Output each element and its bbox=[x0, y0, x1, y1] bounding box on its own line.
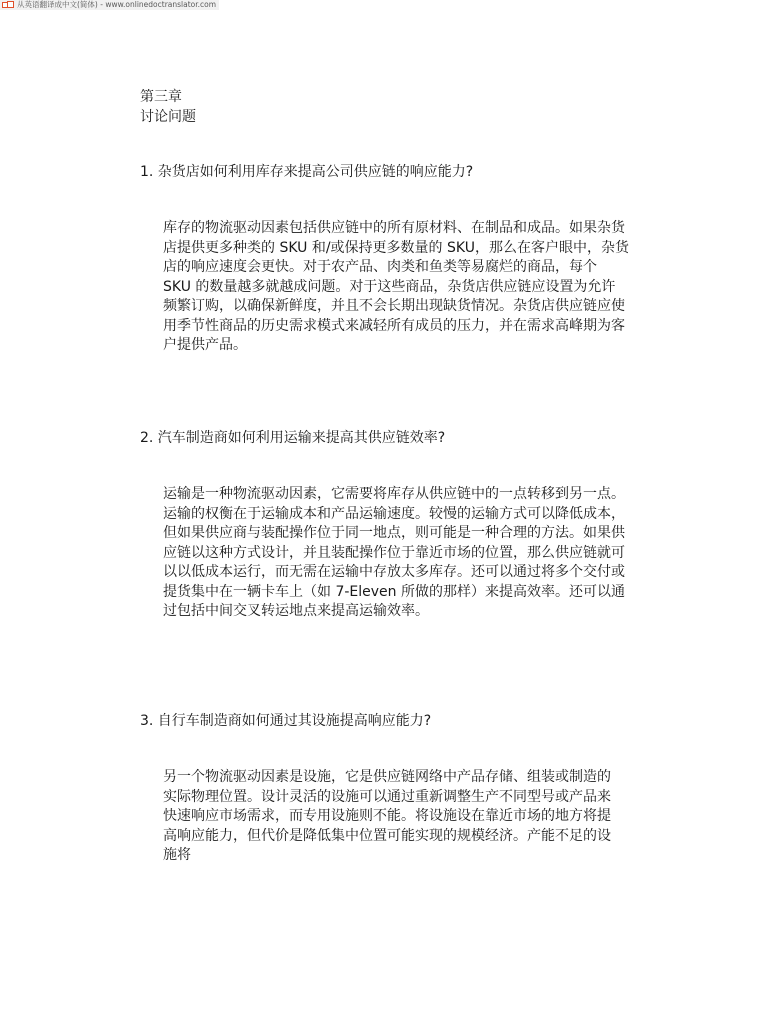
answer-3: 另一个物流驱动因素是设施，它是供应链网络中产品存储、组装或制造的 实际物理位置。… bbox=[163, 768, 611, 866]
answer-line: 快速响应市场需求，而专用设施则不能。将设施设在靠近市场的地方将提 bbox=[163, 807, 611, 827]
answer-2: 运输是一种物流驱动因素，它需要将库存从供应链中的一点转移到另一点。 运输的权衡在… bbox=[163, 485, 625, 622]
answer-line: 提货集中在一辆卡车上（如 7-Eleven 所做的那样）来提高效率。还可以通 bbox=[163, 583, 625, 603]
document-page: 第三章 讨论问题 1. 杂货店如何利用库存来提高公司供应链的响应能力? 库存的物… bbox=[0, 0, 768, 1024]
answer-line: 店的响应速度会更快。对于农产品、肉类和鱼类等易腐烂的商品，每个 bbox=[163, 258, 629, 278]
answer-line: 但如果供应商与装配操作位于同一地点，则可能是一种合理的方法。如果供 bbox=[163, 524, 625, 544]
answer-line: 过包括中间交叉转运地点来提高运输效率。 bbox=[163, 602, 625, 622]
answer-line: 户提供产品。 bbox=[163, 336, 629, 356]
answer-line: 库存的物流驱动因素包括供应链中的所有原材料、在制品和成品。如果杂货 bbox=[163, 219, 629, 239]
answer-line: SKU 的数量越多就越成问题。对于这些商品，杂货店供应链应设置为允许 bbox=[163, 278, 629, 298]
answer-line: 运输是一种物流驱动因素，它需要将库存从供应链中的一点转移到另一点。 bbox=[163, 485, 625, 505]
answer-1: 库存的物流驱动因素包括供应链中的所有原材料、在制品和成品。如果杂货 店提供更多种… bbox=[163, 219, 629, 356]
chapter-heading: 第三章 讨论问题 bbox=[140, 87, 196, 127]
question-2: 2. 汽车制造商如何利用运输来提高其供应链效率? bbox=[140, 428, 445, 448]
answer-line: 实际物理位置。设计灵活的设施可以通过重新调整生产不同型号或产品来 bbox=[163, 788, 611, 808]
answer-line: 施将 bbox=[163, 846, 611, 866]
chapter-title: 讨论问题 bbox=[140, 107, 196, 127]
answer-line: 频繁订购，以确保新鲜度，并且不会长期出现缺货情况。杂货店供应链应使 bbox=[163, 297, 629, 317]
answer-line: 另一个物流驱动因素是设施，它是供应链网络中产品存储、组装或制造的 bbox=[163, 768, 611, 788]
answer-line: 店提供更多种类的 SKU 和/或保持更多数量的 SKU，那么在客户眼中，杂货 bbox=[163, 239, 629, 259]
answer-line: 运输的权衡在于运输成本和产品运输速度。较慢的运输方式可以降低成本， bbox=[163, 505, 625, 525]
chapter-number: 第三章 bbox=[140, 87, 196, 107]
answer-line: 高响应能力，但代价是降低集中位置可能实现的规模经济。产能不足的设 bbox=[163, 827, 611, 847]
answer-line: 以以低成本运行，而无需在运输中存放太多库存。还可以通过将多个交付或 bbox=[163, 563, 625, 583]
answer-line: 用季节性商品的历史需求模式来减轻所有成员的压力，并在需求高峰期为客 bbox=[163, 317, 629, 337]
answer-line: 应链以这种方式设计，并且装配操作位于靠近市场的位置，那么供应链就可 bbox=[163, 544, 625, 564]
question-1: 1. 杂货店如何利用库存来提高公司供应链的响应能力? bbox=[140, 162, 473, 182]
question-3: 3. 自行车制造商如何通过其设施提高响应能力? bbox=[140, 711, 431, 731]
